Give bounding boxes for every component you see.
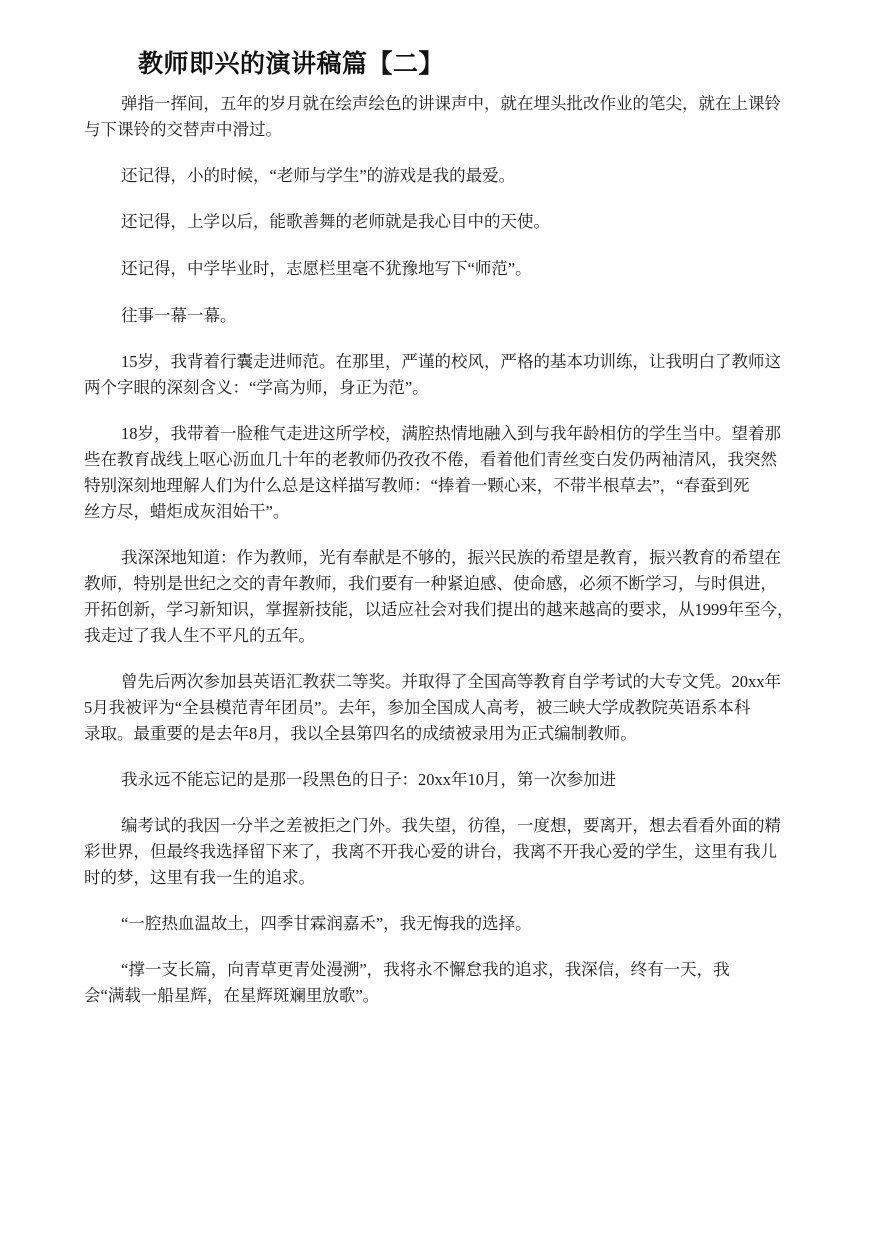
paragraph: 还记得，小的时候，“老师与学生”的游戏是我的最爱。 <box>84 163 854 189</box>
paragraph-line: 录取。最重要的是去年8月，我以全县第四名的成绩被录用为正式编制教师。 <box>84 721 854 747</box>
paragraph-line: “一腔热血温故土，四季甘霖润嘉禾”，我无悔我的选择。 <box>84 911 854 937</box>
paragraph-line: 5月我被评为“全县模范青年团员”。去年，参加全国成人高考，被三峡大学成教院英语系… <box>84 695 854 721</box>
paragraph: 18岁，我带着一脸稚气走进这所学校，满腔热情地融入到与我年龄相仿的学生当中。望着… <box>84 421 854 525</box>
paragraph-line: 两个字眼的深刻含义：“学高为师，身正为范”。 <box>84 375 854 401</box>
paragraph-line: 还记得，小的时候，“老师与学生”的游戏是我的最爱。 <box>84 163 854 189</box>
paragraph: 我深深地知道：作为教师，光有奉献是不够的，振兴民族的希望是教育，振兴教育的希望在… <box>84 545 854 649</box>
paragraph-line: 弹指一挥间，五年的岁月就在绘声绘色的讲课声中，就在埋头批改作业的笔尖，就在上课铃 <box>84 91 854 117</box>
paragraph-line: 编考试的我因一分半之差被拒之门外。我失望，彷徨，一度想，要离开，想去看看外面的精 <box>84 813 854 839</box>
paragraph-line: 彩世界，但最终我选择留下来了，我离不开我心爱的讲台，我离不开我心爱的学生，这里有… <box>84 839 854 865</box>
paragraph: 编考试的我因一分半之差被拒之门外。我失望，彷徨，一度想，要离开，想去看看外面的精… <box>84 813 854 891</box>
paragraph-line: 开拓创新，学习新知识，掌握新技能，以适应社会对我们提出的越来越高的要求，从199… <box>84 597 854 623</box>
paragraph-line: 些在教育战线上呕心沥血几十年的老教师仍孜孜不倦，看着他们青丝变白发仍两袖清风，我… <box>84 447 854 473</box>
paragraph: 我永远不能忘记的是那一段黑色的日子：20xx年10月，第一次参加进 <box>84 767 854 793</box>
paragraph: 曾先后两次参加县英语汇教获二等奖。并取得了全国高等教育自学考试的大专文凭。20x… <box>84 669 854 747</box>
paragraph: 弹指一挥间，五年的岁月就在绘声绘色的讲课声中，就在埋头批改作业的笔尖，就在上课铃… <box>84 91 854 143</box>
paragraph-line: 18岁，我带着一脸稚气走进这所学校，满腔热情地融入到与我年龄相仿的学生当中。望着… <box>84 421 854 447</box>
paragraph-line: 与下课铃的交替声中滑过。 <box>84 117 854 143</box>
document-page: 教师即兴的演讲稿篇【二】 弹指一挥间，五年的岁月就在绘声绘色的讲课声中，就在埋头… <box>0 0 884 1250</box>
paragraph: “一腔热血温故土，四季甘霖润嘉禾”，我无悔我的选择。 <box>84 911 854 937</box>
paragraph: “撑一支长篇，向青草更青处漫溯”，我将永不懈怠我的追求，我深信，终有一天，我会“… <box>84 957 854 1009</box>
paragraph-line: 我永远不能忘记的是那一段黑色的日子：20xx年10月，第一次参加进 <box>84 767 854 793</box>
paragraph-line: 往事一幕一幕。 <box>84 303 854 329</box>
paragraph-line: 我深深地知道：作为教师，光有奉献是不够的，振兴民族的希望是教育，振兴教育的希望在 <box>84 545 854 571</box>
paragraph-line: 曾先后两次参加县英语汇教获二等奖。并取得了全国高等教育自学考试的大专文凭。20x… <box>84 669 854 695</box>
paragraph-line: 15岁，我背着行囊走进师范。在那里，严谨的校风，严格的基本功训练，让我明白了教师… <box>84 349 854 375</box>
paragraph-line: 我走过了我人生不平凡的五年。 <box>84 623 854 649</box>
paragraph-line: 时的梦，这里有我一生的追求。 <box>84 865 854 891</box>
paragraph: 还记得，上学以后，能歌善舞的老师就是我心目中的天使。 <box>84 209 854 235</box>
paragraph-line: 教师，特别是世纪之交的青年教师，我们要有一种紧迫感、使命感，必须不断学习，与时俱… <box>84 571 854 597</box>
paragraph-line: “撑一支长篇，向青草更青处漫溯”，我将永不懈怠我的追求，我深信，终有一天，我 <box>84 957 854 983</box>
paragraph: 往事一幕一幕。 <box>84 303 854 329</box>
paragraph-line: 丝方尽，蜡炬成灰泪始干”。 <box>84 499 854 525</box>
paragraph-line: 还记得，上学以后，能歌善舞的老师就是我心目中的天使。 <box>84 209 854 235</box>
document-title: 教师即兴的演讲稿篇【二】 <box>138 44 444 80</box>
paragraph-line: 特别深刻地理解人们为什么总是这样描写教师：“捧着一颗心来，不带半根草去”，“春蚕… <box>84 473 854 499</box>
paragraph-line: 还记得，中学毕业时，志愿栏里毫不犹豫地写下“师范”。 <box>84 256 854 282</box>
paragraph: 还记得，中学毕业时，志愿栏里毫不犹豫地写下“师范”。 <box>84 256 854 282</box>
paragraph-line: 会“满载一船星辉，在星辉斑斓里放歌”。 <box>84 983 854 1009</box>
paragraph: 15岁，我背着行囊走进师范。在那里，严谨的校风，严格的基本功训练，让我明白了教师… <box>84 349 854 401</box>
